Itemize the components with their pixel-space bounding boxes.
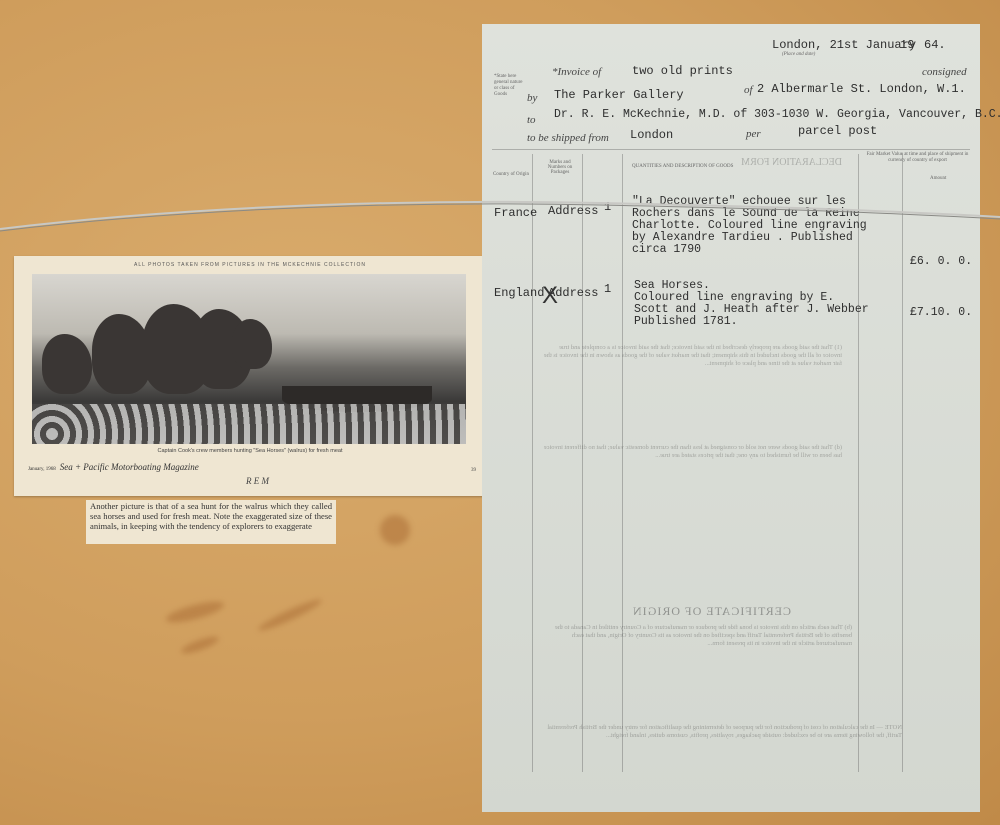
invoice-of-label: *Invoice of <box>552 66 601 78</box>
by-value: The Parker Gallery <box>554 88 684 102</box>
item-1-qty: 1 <box>604 200 611 214</box>
certificate-of-origin-title: CERTIFICATE OF ORIGIN <box>632 604 791 619</box>
clipping-note: Another picture is that of a sea hunt fo… <box>86 500 336 544</box>
invoice-document: London, 21st January (Place and date) 19… <box>482 24 980 812</box>
consigned-label: consigned <box>922 66 967 78</box>
walrus-hunt-engraving <box>32 274 466 444</box>
stain <box>164 597 226 626</box>
stain <box>256 596 324 635</box>
clipping-header: ALL PHOTOS TAKEN FROM PICTURES IN THE MC… <box>14 262 486 268</box>
item-1-marks: Address <box>548 204 598 218</box>
shipped-from-value: London <box>630 128 673 142</box>
margin-note: *State here general nature or class of G… <box>494 74 524 98</box>
of-label: of <box>744 84 753 96</box>
bleedthrough-text: NOTE — In the calculation of cost of pro… <box>542 724 902 740</box>
to-value: Dr. R. E. McKechnie, M.D. of 303-1030 W.… <box>554 108 1000 121</box>
stain <box>380 515 410 545</box>
item-1-amount: £6. 0. 0. <box>910 255 972 268</box>
item-2-qty: 1 <box>604 282 611 296</box>
of-value: 2 Albermarle St. London, W.1. <box>757 82 966 96</box>
invoice-of-value: two old prints <box>632 64 733 78</box>
col-country: Country of Origin <box>492 172 530 177</box>
item-1-description: "La Decouverte" echouee sur les Rochers … <box>632 196 867 256</box>
handwritten-x-mark: X <box>542 282 558 310</box>
year-suffix: 64. <box>924 38 946 52</box>
bleedthrough-text: (1) That the said goods are properly des… <box>542 344 842 368</box>
clipping-caption: Captain Cook's crew members hunting "Sea… <box>14 448 486 454</box>
col-marks: Marks and Numbers on Packages <box>540 160 580 175</box>
handwritten-source: January, 1968Sea + Pacific Motorboating … <box>28 462 199 472</box>
item-2-amount: £7.10. 0. <box>910 306 972 319</box>
bleedthrough-text: (b) That each article on this invoice is… <box>542 624 852 648</box>
to-label: to <box>527 114 536 126</box>
per-label: per <box>746 128 761 140</box>
year-prefix: 19 <box>900 38 914 52</box>
per-value: parcel post <box>798 124 877 138</box>
shipped-from-label: to be shipped from <box>527 132 609 144</box>
col-fair-market: Fair Market Value at time and place of s… <box>860 152 975 164</box>
page-number: 39 <box>471 468 476 473</box>
magazine-clipping: ALL PHOTOS TAKEN FROM PICTURES IN THE MC… <box>14 256 486 496</box>
bleedthrough-text: (d) That the said goods were not sold or… <box>542 444 842 460</box>
item-1-country: France <box>494 206 537 220</box>
handwritten-initials: R E M <box>246 476 269 486</box>
col-amount: Amount <box>930 176 946 181</box>
col-quantities: QUANTITIES AND DESCRIPTION OF GOODS <box>632 164 733 169</box>
by-label: by <box>527 92 537 104</box>
clipping-note-text: Another picture is that of a sea hunt fo… <box>90 501 332 531</box>
item-2-country: England <box>494 286 544 300</box>
item-2-description: Sea Horses. Coloured line engraving by E… <box>634 280 869 328</box>
place-date: London, 21st January <box>772 38 916 52</box>
stain <box>179 633 220 656</box>
place-date-label: (Place and date) <box>782 52 815 57</box>
